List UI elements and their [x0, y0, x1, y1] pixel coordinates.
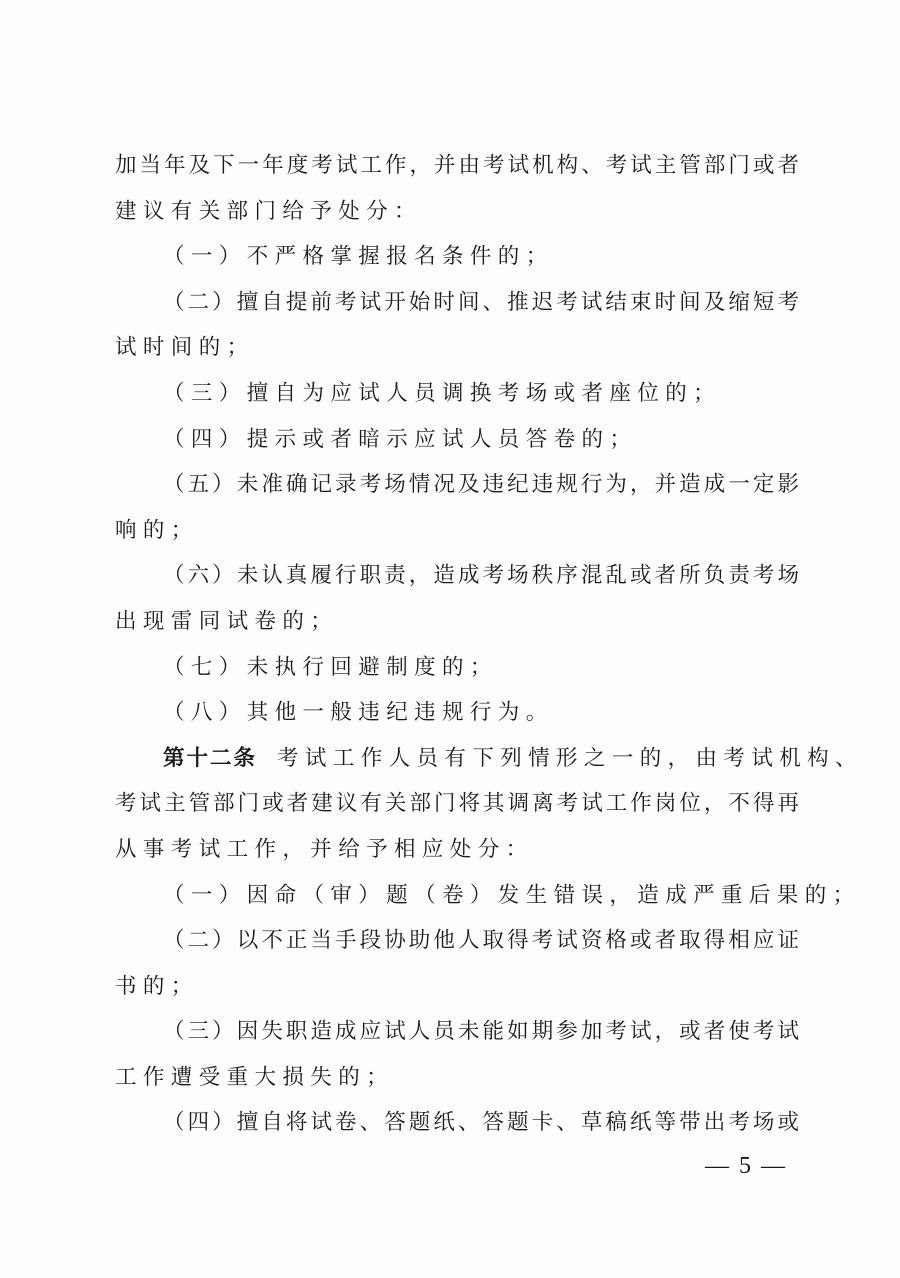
article-heading: 第十二条	[163, 746, 257, 771]
text-line: 出现雷同试卷的；	[115, 599, 799, 645]
text-line: 书的；	[115, 964, 799, 1010]
list-item: （三）擅自为应试人员调换考场或者座位的；	[115, 371, 799, 417]
text-line: 从事考试工作，并给予相应处分：	[115, 827, 799, 873]
list-item: （三）因失职造成应试人员未能如期参加考试，或者使考试	[115, 1009, 799, 1055]
list-item: （四）提示或者暗示应试人员答卷的；	[115, 417, 799, 463]
article-text: 考试工作人员有下列情形之一的，由考试机构、	[277, 746, 863, 771]
list-item: （六）未认真履行职责，造成考场秩序混乱或者所负责考场	[115, 553, 799, 599]
list-item: （一）不严格掌握报名条件的；	[115, 234, 799, 280]
list-item: （七）未执行回避制度的；	[115, 645, 799, 691]
list-item: （五）未准确记录考场情况及违纪违规行为，并造成一定影	[115, 462, 799, 508]
list-item: （二）以不正当手段协助他人取得考试资格或者取得相应证	[115, 918, 799, 964]
list-item: （一）因命（审）题（卷）发生错误，造成严重后果的；	[115, 873, 799, 919]
text-line: 试时间的；	[115, 325, 799, 371]
list-item: （四）擅自将试卷、答题纸、答题卡、草稿纸等带出考场或	[115, 1100, 799, 1146]
body-text: 加当年及下一年度考试工作，并由考试机构、考试主管部门或者 建议有关部门给予处分：…	[115, 143, 799, 1146]
document-page: 加当年及下一年度考试工作，并由考试机构、考试主管部门或者 建议有关部门给予处分：…	[0, 0, 900, 1278]
text-line: 加当年及下一年度考试工作，并由考试机构、考试主管部门或者	[115, 143, 799, 189]
list-item: （二）擅自提前考试开始时间、推迟考试结束时间及缩短考	[115, 280, 799, 326]
list-item: （八）其他一般违纪违规行为。	[115, 690, 799, 736]
text-line: 工作遭受重大损失的；	[115, 1055, 799, 1101]
article-12-first-line: 第十二条考试工作人员有下列情形之一的，由考试机构、	[115, 736, 799, 782]
text-line: 建议有关部门给予处分：	[115, 189, 799, 235]
text-line: 响的；	[115, 508, 799, 554]
page-number: — 5 —	[705, 1153, 787, 1180]
text-line: 考试主管部门或者建议有关部门将其调离考试工作岗位，不得再	[115, 781, 799, 827]
